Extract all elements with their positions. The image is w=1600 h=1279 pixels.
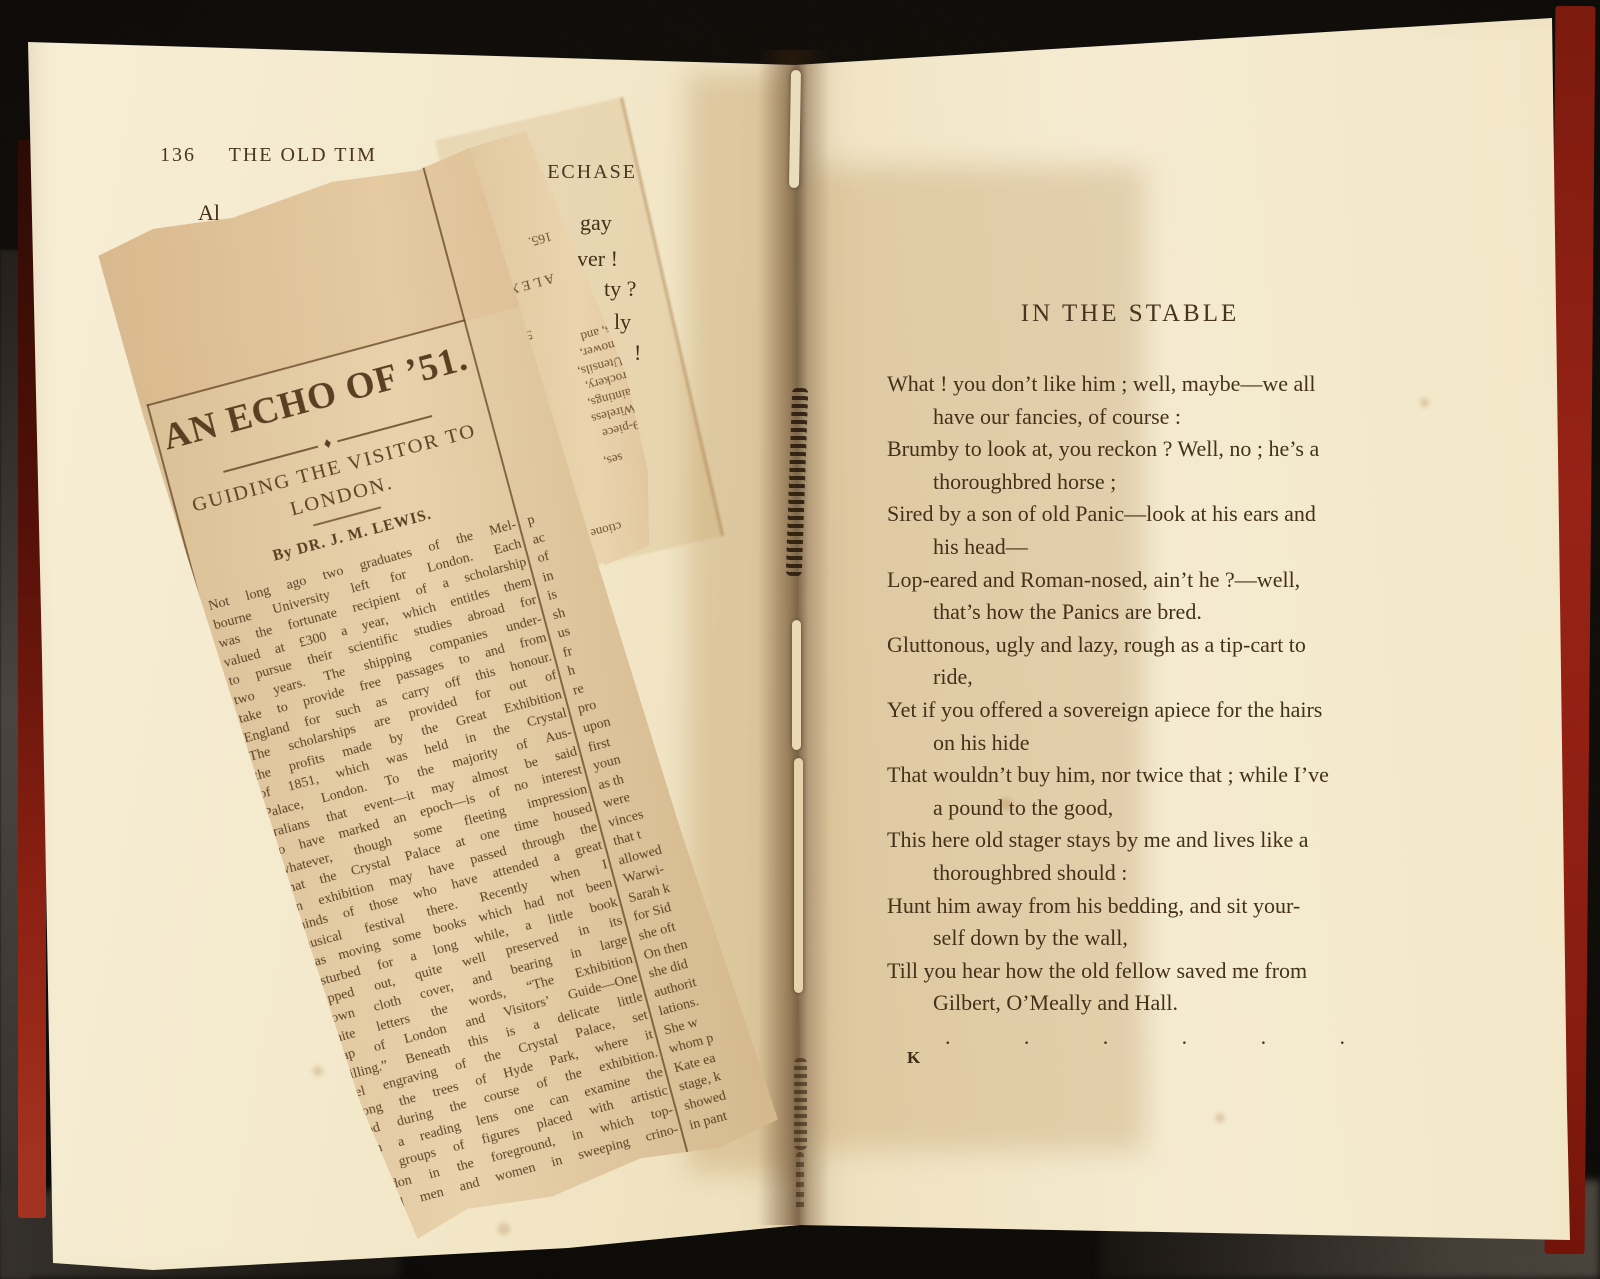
binding-thread <box>789 70 801 188</box>
list-item: that’s how the Panics are bred. <box>933 596 1447 629</box>
flipped-number: 165. <box>527 228 554 250</box>
poem-fragment: ver ! <box>577 246 618 272</box>
page-number: 136 <box>160 144 196 166</box>
list-item: . <box>1103 1024 1109 1050</box>
poem-title: IN THE STABLE <box>850 300 1410 328</box>
list-item: What ! you don’t like him ; well, maybe—… <box>887 368 1447 401</box>
binding-thread <box>794 758 803 993</box>
list-item: . <box>945 1024 951 1050</box>
running-title-fragment-right: LECHASE <box>533 161 637 184</box>
list-item: thoroughbred horse ; <box>933 466 1447 499</box>
poem-fragment: ly <box>614 309 631 335</box>
photo-open-antique-book: 136 THE OLD TIM LECHASE Al gay ver ! ty … <box>0 0 1600 1279</box>
poem-text: What ! you don’t like him ; well, maybe—… <box>887 368 1447 1020</box>
list-item: his head— <box>933 531 1447 564</box>
diamond-icon: ♦ <box>323 438 333 450</box>
running-title-fragment-left: THE OLD TIM <box>229 144 377 166</box>
list-item: That wouldn’t buy him, nor twice that ; … <box>887 759 1447 792</box>
binding-stitches <box>794 1058 807 1150</box>
binding-thread <box>792 620 801 750</box>
list-item: ride, <box>933 661 1447 694</box>
poem-fragment: ty ? <box>604 276 636 302</box>
poem-fragment: gay <box>580 210 612 236</box>
list-item: . <box>1182 1024 1188 1050</box>
ellipsis-dots-row: ...... <box>945 1024 1345 1050</box>
signature-mark: K <box>907 1048 920 1068</box>
foxing-spot <box>1215 1113 1225 1123</box>
list-item: Lop-eared and Roman-nosed, ain’t he ?—we… <box>887 564 1447 597</box>
list-item: thoroughbred should : <box>933 857 1447 890</box>
list-item: a pound to the good, <box>933 792 1447 825</box>
list-item: Brumby to look at, you reckon ? Well, no… <box>887 433 1447 466</box>
poem-fragment: ! <box>634 340 641 366</box>
list-item: Gilbert, O’Meally and Hall. <box>933 987 1447 1020</box>
left-page-header: 136 THE OLD TIM <box>160 144 377 167</box>
list-item: Yet if you offered a sovereign apiece fo… <box>887 694 1447 727</box>
list-item: This here old stager stays by me and liv… <box>887 824 1447 857</box>
foxing-spot <box>313 1066 323 1076</box>
list-item: have our fancies, of course : <box>933 401 1447 434</box>
list-item: Till you hear how the old fellow saved m… <box>887 955 1447 988</box>
list-item: Sired by a son of old Panic—look at his … <box>887 498 1447 531</box>
binding-stitches <box>796 1152 804 1212</box>
flipped-word: ses, <box>602 449 625 469</box>
list-item: on his hide <box>933 727 1447 760</box>
list-item: Hunt him away from his bedding, and sit … <box>887 890 1447 923</box>
list-item: . <box>1339 1024 1345 1050</box>
list-item: . <box>1261 1024 1267 1050</box>
right-page: IN THE STABLE What ! you don’t like him … <box>795 8 1585 1270</box>
list-item: self down by the wall, <box>933 922 1447 955</box>
list-item: Gluttonous, ugly and lazy, rough as a ti… <box>887 629 1447 662</box>
foxing-spot <box>498 1223 510 1235</box>
list-item: . <box>1024 1024 1030 1050</box>
